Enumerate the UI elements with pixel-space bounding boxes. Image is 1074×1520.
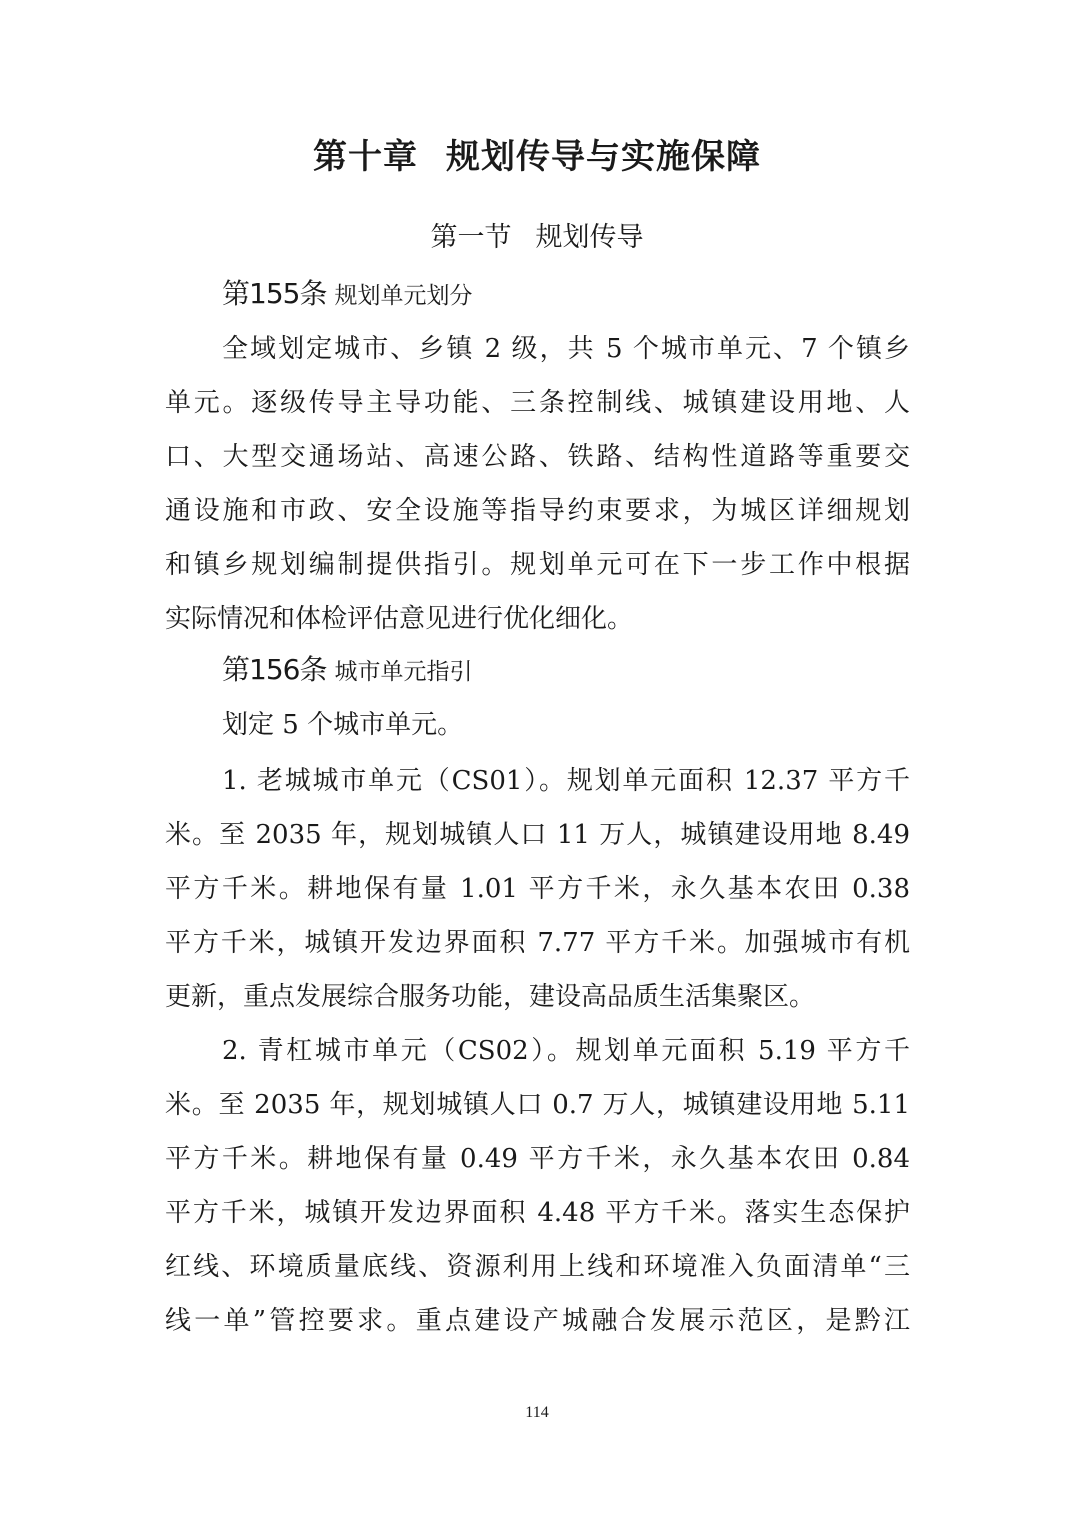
article-title: 城市单元指引 xyxy=(334,659,472,685)
article-title: 规划单元划分 xyxy=(334,283,472,309)
chapter-title: 第十章规划传导与实施保障 xyxy=(0,134,1074,180)
chapter-name: 规划传导与实施保障 xyxy=(446,137,761,177)
text-line: 更新，重点发展综合服务功能，建设高品质生活集聚区。 xyxy=(165,970,910,1024)
text-line: 通设施和市政、安全设施等指导约束要求，为城区详细规划 xyxy=(165,484,910,538)
article-number: 第156条 xyxy=(222,653,326,686)
text-line: 平方千米。耕地保有量 1.01 平方千米，永久基本农田 0.38 xyxy=(165,862,910,916)
text-line: 2. 青杠城市单元（CS02）。规划单元面积 5.19 平方千 xyxy=(165,1024,910,1078)
article-number: 第155条 xyxy=(222,277,326,310)
article-155-heading: 第155条规划单元划分 xyxy=(222,274,472,314)
article-156-heading: 第156条城市单元指引 xyxy=(222,650,472,690)
section-name: 规划传导 xyxy=(536,222,644,253)
page-number: 114 xyxy=(0,1404,1074,1422)
text-line: 红线、环境质量底线、资源利用上线和环境准入负面清单“三 xyxy=(165,1240,910,1294)
chapter-number: 第十章 xyxy=(313,137,418,177)
text-line: 平方千米。耕地保有量 0.49 平方千米，永久基本农田 0.84 xyxy=(165,1132,910,1186)
text-line: 米。至 2035 年，规划城镇人口 0.7 万人，城镇建设用地 5.11 xyxy=(165,1078,910,1132)
text-line: 平方千米，城镇开发边界面积 7.77 平方千米。加强城市有机 xyxy=(165,916,910,970)
article-155-paragraph: 全域划定城市、乡镇 2 级，共 5 个城市单元、7 个镇乡 单元。逐级传导主导功… xyxy=(165,322,910,646)
section-number: 第一节 xyxy=(431,222,512,253)
text-line: 划定 5 个城市单元。 xyxy=(165,698,910,752)
text-line: 线一单”管控要求。重点建设产城融合发展示范区，是黔江 xyxy=(165,1294,910,1348)
unit-cs02-paragraph: 2. 青杠城市单元（CS02）。规划单元面积 5.19 平方千 米。至 2035… xyxy=(165,1024,910,1348)
text-line: 1. 老城城市单元（CS01）。规划单元面积 12.37 平方千 xyxy=(165,754,910,808)
text-line: 全域划定城市、乡镇 2 级，共 5 个城市单元、7 个镇乡 xyxy=(165,322,910,376)
text-line: 口、大型交通场站、高速公路、铁路、结构性道路等重要交 xyxy=(165,430,910,484)
text-line: 和镇乡规划编制提供指引。规划单元可在下一步工作中根据 xyxy=(165,538,910,592)
text-line: 单元。逐级传导主导功能、三条控制线、城镇建设用地、人 xyxy=(165,376,910,430)
text-line: 平方千米，城镇开发边界面积 4.48 平方千米。落实生态保护 xyxy=(165,1186,910,1240)
section-title: 第一节规划传导 xyxy=(0,218,1074,258)
unit-cs01-paragraph: 1. 老城城市单元（CS01）。规划单元面积 12.37 平方千 米。至 203… xyxy=(165,754,910,1024)
article-156-intro: 划定 5 个城市单元。 xyxy=(165,698,910,752)
document-page: 第十章规划传导与实施保障 第一节规划传导 第155条规划单元划分 全域划定城市、… xyxy=(0,0,1074,1520)
text-line: 实际情况和体检评估意见进行优化细化。 xyxy=(165,592,910,646)
text-line: 米。至 2035 年，规划城镇人口 11 万人，城镇建设用地 8.49 xyxy=(165,808,910,862)
